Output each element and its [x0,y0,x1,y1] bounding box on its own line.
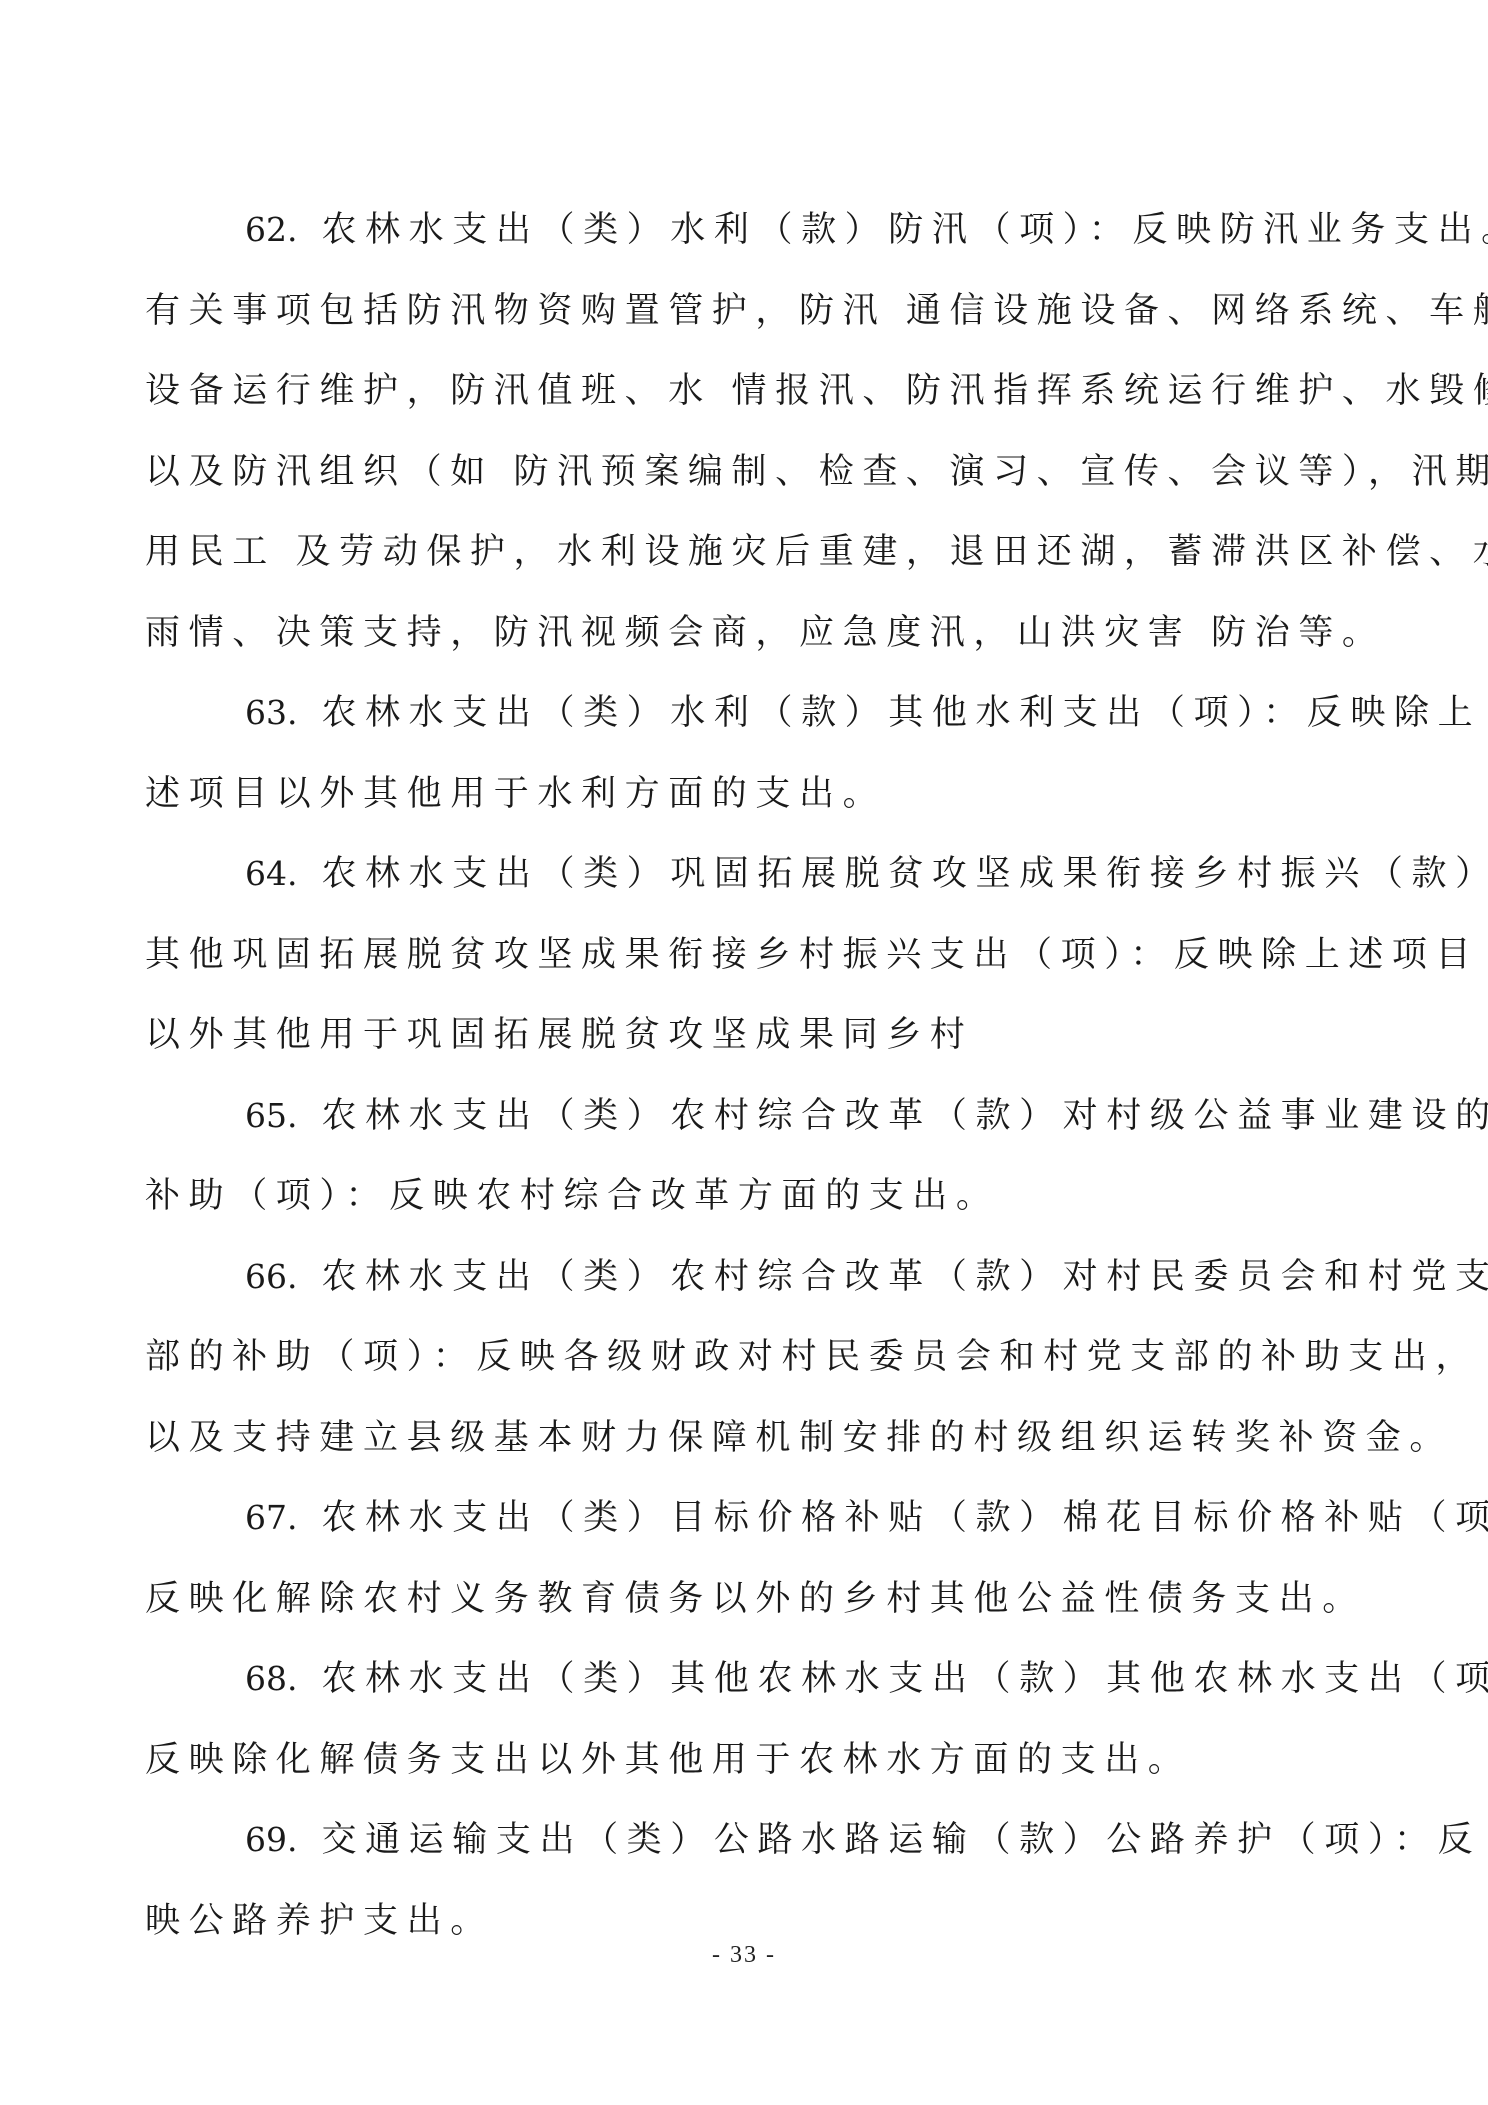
paragraph-number: 63. [245,693,297,732]
paragraph-text: 农林水支出（类）水利（款）其他水利支出（项）：反映除上 [321,693,1481,733]
paragraph-number: 69. [245,1820,297,1859]
paragraph-65: 65.农林水支出（类）农村综合改革（款）对村级公益事业建设的 补助（项）：反映农… [145,1076,1405,1237]
paragraph-text: 雨情、决策支持，防汛视频会商，应急度汛，山洪灾害 防治等。 [145,593,1405,674]
paragraph-text: 有关事项包括防汛物资购置管护，防汛 通信设施设备、网络系统、车船 [145,271,1405,352]
paragraph-text: 补助（项）：反映农村综合改革方面的支出。 [145,1156,1405,1237]
paragraph-69: 69.交通运输支出（类）公路水路运输（款）公路养护（项）：反 映公路养护支出。 [145,1800,1405,1961]
paragraph-66: 66.农林水支出（类）农村综合改革（款）对村民委员会和村党支 部的补助（项）：反… [145,1237,1405,1479]
paragraph-number: 64. [245,854,297,893]
paragraph-64: 64.农林水支出（类）巩固拓展脱贫攻坚成果衔接乡村振兴（款） 其他巩固拓展脱贫攻… [145,834,1405,1076]
paragraph-text: 其他巩固拓展脱贫攻坚成果衔接乡村振兴支出（项）：反映除上述项目 [145,915,1405,996]
page-number: - 33 - [0,1942,1488,1969]
paragraph-text: 交通运输支出（类）公路水路运输（款）公路养护（项）：反 [321,1820,1481,1860]
paragraph-text: 农林水支出（类）目标价格补贴（款）棉花目标价格补贴（项）： [321,1498,1488,1538]
paragraph-text: 农林水支出（类）其他农林水支出（款）其他农林水支出（项）： [321,1659,1488,1699]
paragraph-text: 述项目以外其他用于水利方面的支出。 [145,754,1405,835]
paragraph-68: 68.农林水支出（类）其他农林水支出（款）其他农林水支出（项）： 反映除化解债务… [145,1639,1405,1800]
paragraph-text: 农林水支出（类）巩固拓展脱贫攻坚成果衔接乡村振兴（款） [321,854,1488,894]
paragraph-text: 设备运行维护，防汛值班、水 情报汛、防汛指挥系统运行维护、水毁修复 [145,351,1405,432]
paragraph-text: 以外其他用于巩固拓展脱贫攻坚成果同乡村 [145,995,1405,1076]
document-body: 62.农林水支出（类）水利（款）防汛（项）：反映防汛业务支出。 有关事项包括防汛… [145,190,1405,1961]
paragraph-62: 62.农林水支出（类）水利（款）防汛（项）：反映防汛业务支出。 有关事项包括防汛… [145,190,1405,673]
paragraph-text: 反映除化解债务支出以外其他用于农林水方面的支出。 [145,1720,1405,1801]
paragraph-text: 部的补助（项）：反映各级财政对村民委员会和村党支部的补助支出， [145,1317,1405,1398]
paragraph-number: 67. [245,1498,297,1537]
paragraph-number: 62. [245,210,297,249]
paragraph-number: 68. [245,1659,297,1698]
paragraph-text: 农林水支出（类）农村综合改革（款）对村民委员会和村党支 [321,1257,1488,1297]
paragraph-text: 以及防汛组织（如 防汛预案编制、检查、演习、宣传、会议等），汛期调 [145,432,1405,513]
paragraph-text: 反映化解除农村义务教育债务以外的乡村其他公益性债务支出。 [145,1559,1405,1640]
paragraph-number: 66. [245,1257,297,1296]
paragraph-text: 以及支持建立县级基本财力保障机制安排的村级组织运转奖补资金。 [145,1398,1405,1479]
paragraph-text: 农林水支出（类）农村综合改革（款）对村级公益事业建设的 [321,1096,1488,1136]
paragraph-67: 67.农林水支出（类）目标价格补贴（款）棉花目标价格补贴（项）： 反映化解除农村… [145,1478,1405,1639]
paragraph-text: 用民工 及劳动保护，水利设施灾后重建，退田还湖，蓄滞洪区补偿、水情、 [145,512,1405,593]
paragraph-text: 农林水支出（类）水利（款）防汛（项）：反映防汛业务支出。 [321,210,1488,250]
paragraph-63: 63.农林水支出（类）水利（款）其他水利支出（项）：反映除上 述项目以外其他用于… [145,673,1405,834]
paragraph-number: 65. [245,1096,297,1135]
